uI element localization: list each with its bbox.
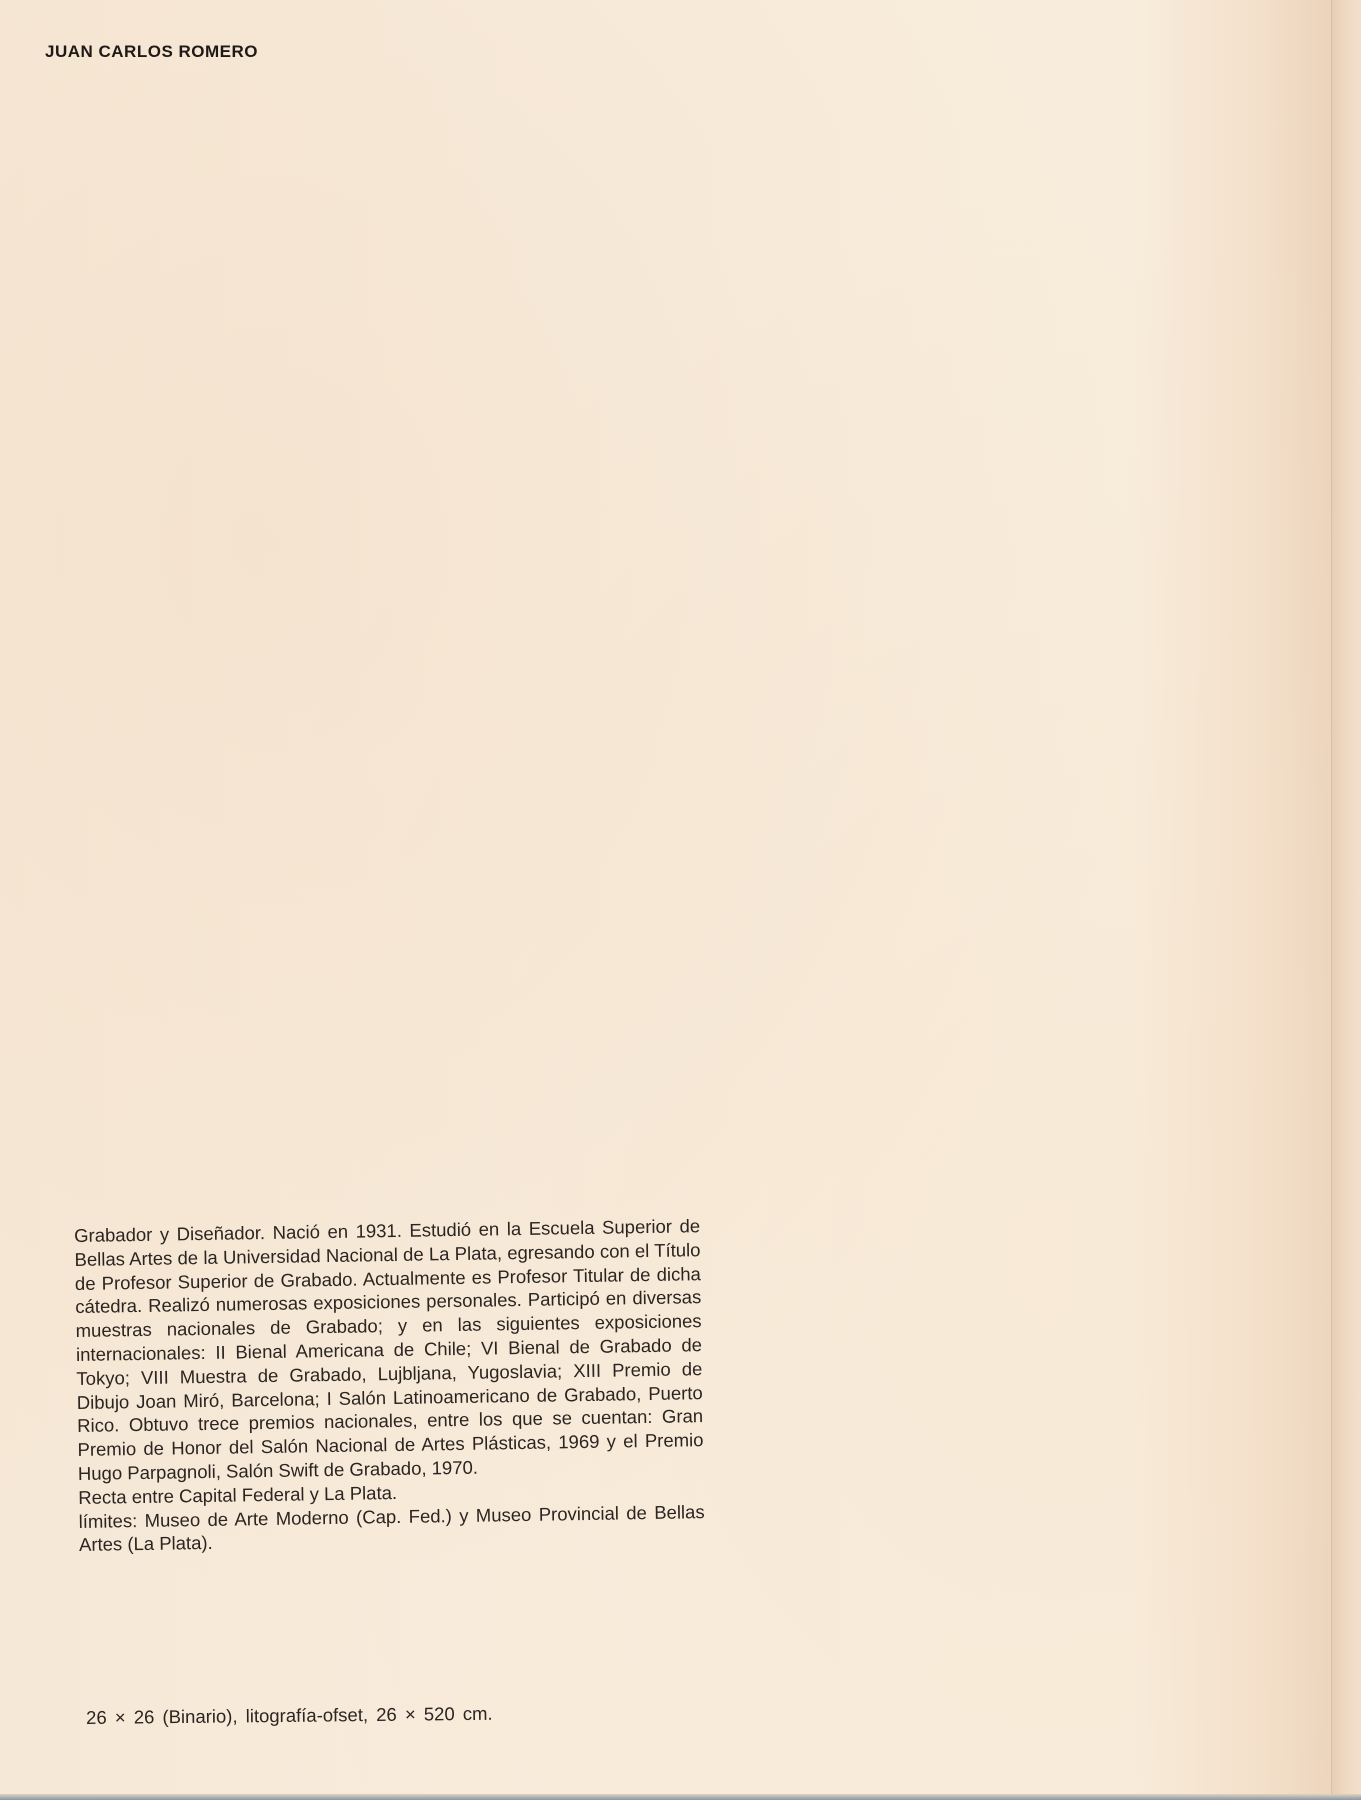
artist-name-heading: JUAN CARLOS ROMERO bbox=[45, 42, 258, 62]
bio-paragraph-main: Grabador y Diseñador. Nació en 1931. Est… bbox=[74, 1214, 704, 1486]
artist-biography: Grabador y Diseñador. Nació en 1931. Est… bbox=[74, 1214, 705, 1557]
book-binding-edge bbox=[1331, 0, 1361, 1800]
artwork-caption: 26 × 26 (Binario), litografía-ofset, 26 … bbox=[86, 1703, 493, 1729]
bio-paragraph-limites: límites: Museo de Arte Moderno (Cap. Fed… bbox=[78, 1500, 705, 1557]
document-page: JUAN CARLOS ROMERO Grabador y Diseñador.… bbox=[0, 0, 1331, 1800]
page-bottom-edge bbox=[0, 1794, 1361, 1800]
